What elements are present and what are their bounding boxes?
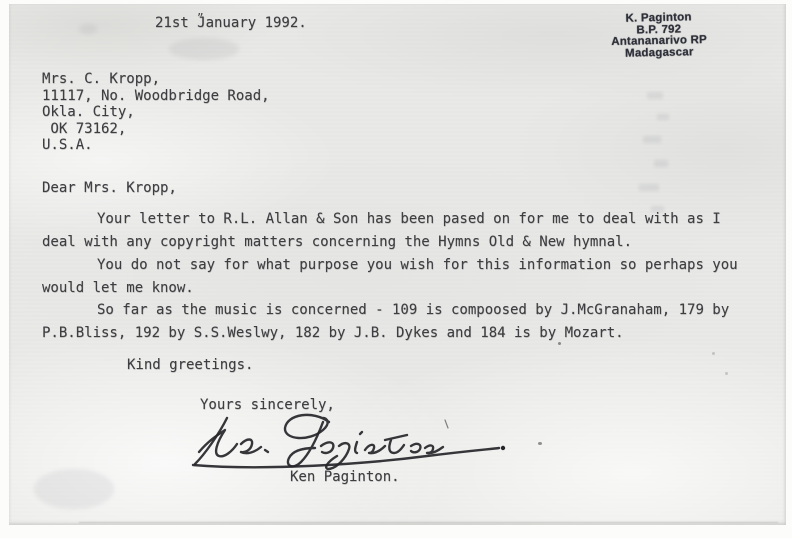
scan-smudge [169,38,239,60]
paragraph-3: So far as the music is concerned - 109 i… [42,299,762,344]
scan-speck [725,372,728,375]
date-overstrike-mark: ” [197,11,204,24]
bleedthrough-mark [647,92,663,99]
closing-remark: Kind greetings. [127,357,253,373]
typed-signature-name: Ken Paginton. [290,469,400,485]
recipient-address: Mrs. C. Kropp, 11117, No. Woodbridge Roa… [42,71,270,154]
bleedthrough-mark [657,114,669,120]
paragraph-2: You do not say for what purpose you wish… [42,254,762,299]
scan-smudge [79,24,97,34]
handwritten-signature [175,408,520,474]
scan-smudge [34,469,114,509]
bleedthrough-mark [639,184,659,191]
scanned-letter: 21st January 1992. ” K. Paginton B.P. 79… [0,0,792,538]
salutation: Dear Mrs. Kropp, [42,180,177,196]
bleedthrough-mark [654,160,668,167]
signature-ink [175,408,520,470]
paragraph-1: Your letter to R.L. Allan & Son has been… [42,208,762,253]
page-edge-shadow [79,522,778,523]
bleedthrough-mark [643,136,661,143]
letter-date: 21st January 1992. [155,15,307,31]
scan-speck [712,352,715,355]
letterhead-stamp: K. Paginton B.P. 792 Antananarivo RP Mad… [575,11,744,61]
scan-speck [538,442,542,445]
